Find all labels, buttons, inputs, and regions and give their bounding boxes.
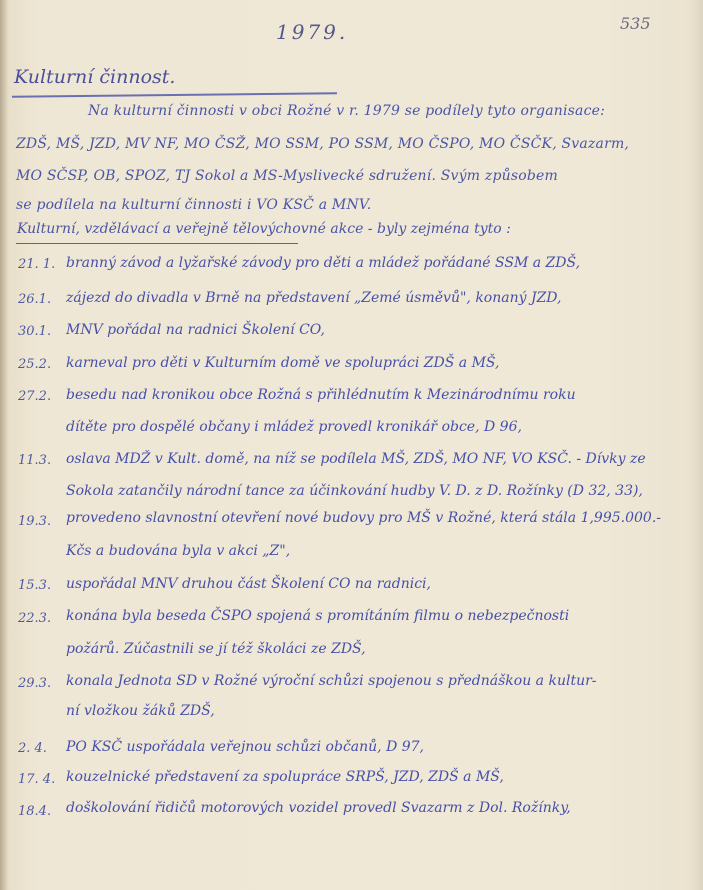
entry-text: provedeno slavnostní otevření nové budov… xyxy=(66,510,661,526)
entry-date: 29.3. xyxy=(18,676,62,691)
entry-text: karneval pro děti v Kulturním domě ve sp… xyxy=(66,355,499,371)
events-subheading-rest: byly zejména tyto : xyxy=(377,221,511,237)
entry-text: doškolování řidičů motorových vozidel pr… xyxy=(66,800,571,816)
entry-date: 2. 4. xyxy=(18,741,62,756)
entry-text: kouzelnické představení za spolupráce SR… xyxy=(66,769,504,785)
entry-text: konala Jednota SD v Rožné výroční schůzi… xyxy=(66,673,597,689)
entry-date: 30.1. xyxy=(18,324,62,339)
section-title-underline xyxy=(12,92,337,97)
entry-text: PO KSČ uspořádala veřejnou schůzi občanů… xyxy=(66,739,424,755)
entry-text: oslava MDŽ v Kult. domě, na níž se podíl… xyxy=(66,451,646,467)
events-subheading-underlined: Kulturní, vzdělávací a veřejně tělovýcho… xyxy=(17,221,373,237)
entry-date: 26.1. xyxy=(18,292,62,307)
entry-text-continuation: dítěte pro dospělé občany i mládež prove… xyxy=(66,419,522,435)
entry-text: branný závod a lyžařské závody pro děti … xyxy=(66,255,580,271)
entry-date: 18.4. xyxy=(18,804,62,819)
entry-date: 17. 4. xyxy=(18,772,62,787)
page-number: 535 xyxy=(620,14,651,33)
entry-text: zájezd do divadla v Brně na představení … xyxy=(66,290,561,306)
handwritten-chronicle-page: 1979. 535 Kulturní činnost. Na kulturní … xyxy=(0,0,703,890)
entry-text-continuation: Kčs a budována byla v akci „Z", xyxy=(66,543,290,559)
entry-text: besedu nad kronikou obce Rožná s přihléd… xyxy=(66,387,576,403)
intro-line: se podílela na kulturní činnosti i VO KS… xyxy=(16,196,371,214)
year-heading: 1979. xyxy=(276,20,348,44)
entry-text: konána byla beseda ČSPO spojená s promít… xyxy=(66,608,569,624)
intro-line: ZDŠ, MŠ, JZD, MV NF, MO ČSŽ, MO SSM, PO … xyxy=(16,135,629,153)
entry-date: 25.2. xyxy=(18,357,62,372)
entry-text-continuation: požárů. Zúčastnili se jí též školáci ze … xyxy=(66,641,366,657)
intro-line: MO SČSP, OB, SPOZ, TJ Sokol a MS-Myslive… xyxy=(16,167,558,185)
entry-date: 22.3. xyxy=(18,611,62,626)
entry-date: 27.2. xyxy=(18,389,62,404)
entry-date: 21. 1. xyxy=(18,257,62,272)
events-subheading: Kulturní, vzdělávací a veřejně tělovýcho… xyxy=(17,221,511,237)
entry-date: 15.3. xyxy=(18,578,62,593)
entry-date: 19.3. xyxy=(18,514,62,529)
binding-shadow xyxy=(0,0,8,890)
intro-line: Na kulturní činnosti v obci Rožné v r. 1… xyxy=(88,102,605,120)
subheading-underline xyxy=(16,243,298,244)
entry-text: uspořádal MNV druhou část Školení CO na … xyxy=(66,576,431,592)
entry-text: MNV pořádal na radnici Školení CO, xyxy=(66,322,325,338)
entry-date: 11.3. xyxy=(18,453,62,468)
entry-text-continuation: ní vložkou žáků ZDŠ, xyxy=(66,703,215,719)
section-title: Kulturní činnost. xyxy=(14,66,175,88)
entry-text-continuation: Sokola zatančily národní tance za účinko… xyxy=(66,483,643,499)
